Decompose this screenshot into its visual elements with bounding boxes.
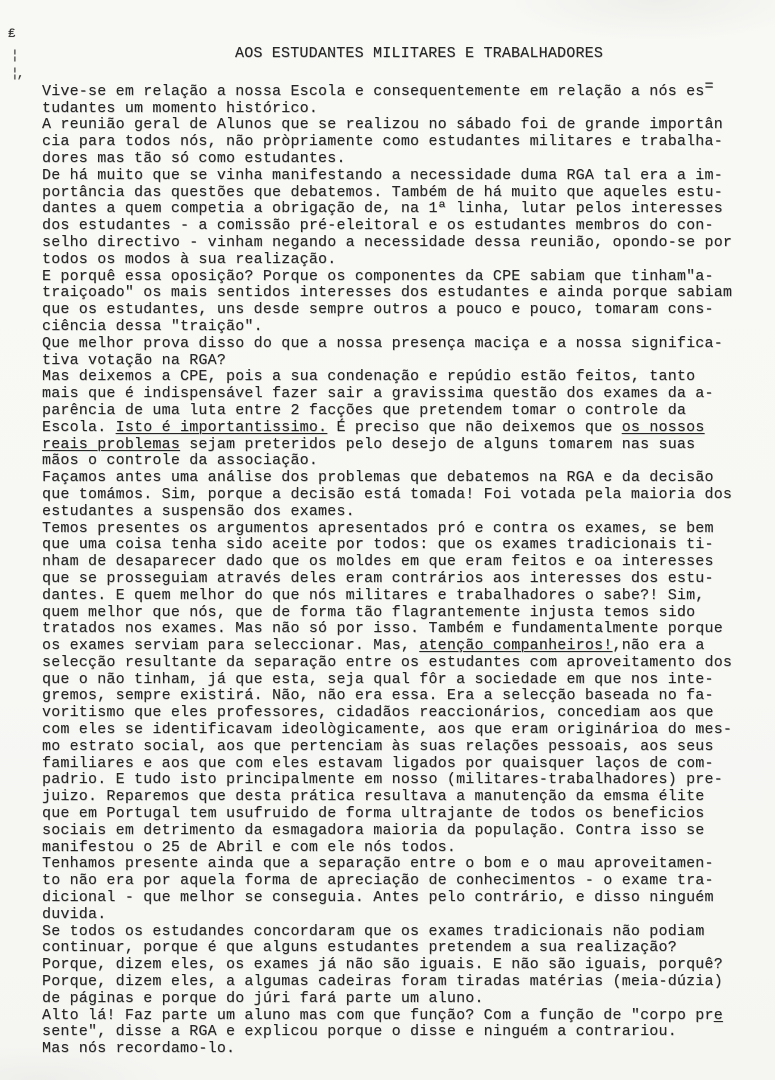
paragraph: Temos presentes os argumentos apresentad…	[42, 521, 754, 857]
text-line: Temos presentes os argumentos apresentad…	[42, 521, 754, 538]
text-line: que os estudantes, uns desde sempre outr…	[42, 302, 754, 319]
paragraph: Mas deixemos a CPE, pois a sua condenaçã…	[42, 369, 754, 470]
text-line: E porquê essa oposição? Porque os compon…	[42, 269, 754, 286]
text-line: tratados nos exames. Mas não só por isso…	[42, 621, 754, 638]
underlined-text: atenção companheiros!	[419, 637, 612, 654]
text-line: portância das questões que debatemos. Ta…	[42, 185, 754, 202]
text-line: voritismo que eles professores, cidadãos…	[42, 705, 754, 722]
text-line: nham de desaparecer dado que os moldes e…	[42, 554, 754, 571]
paragraph: Vive-se em relação a nossa Escola e cons…	[42, 79, 754, 118]
text-line: os exames serviam para seleccionar. Mas,…	[42, 638, 754, 655]
text-line: manifestou o 25 de Abril e com ele nós t…	[42, 840, 754, 857]
scanned-page: ₤ ¦ ¦, AOS ESTUDANTES MILITARES E TRABAL…	[0, 0, 775, 1080]
text-line: sente", disse a RGA e explicou porque o …	[42, 1024, 754, 1041]
text-line: que tomámos. Sim, porque a decisão está …	[42, 487, 754, 504]
text-line: dantes a quem competia a obrigação de, n…	[42, 201, 754, 218]
text-line: mo estrato social, aos que pertenciam às…	[42, 739, 754, 756]
text-line: Que melhor prova disso do que a nossa pr…	[42, 336, 754, 353]
text-line: quem melhor que nós, que de forma tão fl…	[42, 605, 754, 622]
paragraph: E porquê essa oposição? Porque os compon…	[42, 269, 754, 336]
text-line: juizo. Reparemos que desta prática resul…	[42, 789, 754, 806]
text-line: sociais em detrimento da esmagadora maio…	[42, 823, 754, 840]
text-line: todos os modos à sua realização.	[42, 252, 754, 269]
text-line: Porque, dizem eles, a algumas cadeiras f…	[42, 974, 754, 991]
paragraph: Alto lá! Faz parte um aluno mas com que …	[42, 1008, 754, 1058]
text-line: Porque, dizem eles, os exames já não são…	[42, 957, 754, 974]
text-line: mais que é indispensável fazer sair a gr…	[42, 386, 754, 403]
text-line: tudantes um momento histórico.	[42, 101, 754, 118]
text-line: Tenhamos presente ainda que a separação …	[42, 856, 754, 873]
text-line: tiva votação na RGA?	[42, 353, 754, 370]
document-title: AOS ESTUDANTES MILITARES E TRABALHADORES	[235, 46, 754, 63]
text-line: de páginas e porque do júri fará parte u…	[42, 991, 754, 1008]
stray-mark: ¦,	[11, 66, 23, 81]
underlined-text: reais problemas	[42, 436, 180, 453]
underlined-text: os nossos	[622, 419, 705, 436]
text-line: Escola. Isto é importantissimo. É precis…	[42, 420, 754, 437]
paragraph: A reunião geral de Alunos que se realizo…	[42, 117, 754, 167]
text-line: que em Portugal tem usufruido de forma u…	[42, 806, 754, 823]
text-line: duvida.	[42, 907, 754, 924]
text-line: Mas nós recordamo-lo.	[42, 1041, 754, 1058]
text-line: Mas deixemos a CPE, pois a sua condenaçã…	[42, 369, 754, 386]
stray-mark: ₤	[8, 26, 16, 41]
underlined-text: e	[714, 1007, 723, 1024]
text-line: parência de uma luta entre 2 facções que…	[42, 403, 754, 420]
underlined-text: Isto é importantissimo.	[116, 419, 328, 436]
text-line: que uma coisa tenha sido aceite por todo…	[42, 537, 754, 554]
paragraph: Façamos antes uma análise dos problemas …	[42, 470, 754, 520]
paragraph: Tenhamos presente ainda que a separação …	[42, 856, 754, 923]
text-line: com eles se identificavam ideològicament…	[42, 722, 754, 739]
text-line: que se prosseguiam através deles eram co…	[42, 571, 754, 588]
text-line: familiares e aos que com eles estavam li…	[42, 756, 754, 773]
document-body: Vive-se em relação a nossa Escola e cons…	[42, 79, 754, 1058]
text-line: A reunião geral de Alunos que se realizo…	[42, 117, 754, 134]
text-line: Façamos antes uma análise dos problemas …	[42, 470, 754, 487]
text-line: De há muito que se vinha manifestando a …	[42, 168, 754, 185]
text-line: continuar, porque é que alguns estudante…	[42, 940, 754, 957]
text-line: dos estudantes - a comissão pré-eleitora…	[42, 218, 754, 235]
text-line: Se todos os estudandes concordaram que o…	[42, 924, 754, 941]
text-line: gremos, sempre existirá. Não, não era es…	[42, 688, 754, 705]
text-line: dantes. E quem melhor do que nós militar…	[42, 588, 754, 605]
text-line: dicional - que melhor se conseguia. Ante…	[42, 890, 754, 907]
text-line: estudantes a suspensão dos exames.	[42, 504, 754, 521]
raised-hyphen: =	[705, 78, 714, 95]
text-line: traiçoado" os mais sentidos interesses d…	[42, 285, 754, 302]
text-line: selecção resultante da separação entre o…	[42, 655, 754, 672]
text-line: Alto lá! Faz parte um aluno mas com que …	[42, 1008, 754, 1025]
text-line: ciência dessa "traição".	[42, 319, 754, 336]
text-line: to não era por aquela forma de apreciaçã…	[42, 873, 754, 890]
text-line: padrio. E tudo isto principalmente em no…	[42, 772, 754, 789]
paragraph: De há muito que se vinha manifestando a …	[42, 168, 754, 269]
text-line: dores mas tão só como estudantes.	[42, 151, 754, 168]
document: AOS ESTUDANTES MILITARES E TRABALHADORES…	[42, 46, 754, 1058]
paragraph: Se todos os estudandes concordaram que o…	[42, 924, 754, 1008]
paragraph: Que melhor prova disso do que a nossa pr…	[42, 336, 754, 370]
text-line: mãos o controle da associação.	[42, 453, 754, 470]
text-line: reais problemas sejam preteridos pelo de…	[42, 437, 754, 454]
stray-mark: ¦	[11, 48, 19, 63]
text-line: que o não tinham, já que esta, seja qual…	[42, 672, 754, 689]
text-line: selho directivo - vinham negando a neces…	[42, 235, 754, 252]
text-line: Vive-se em relação a nossa Escola e cons…	[42, 79, 754, 101]
text-line: cia para todos nós, não pròpriamente com…	[42, 134, 754, 151]
